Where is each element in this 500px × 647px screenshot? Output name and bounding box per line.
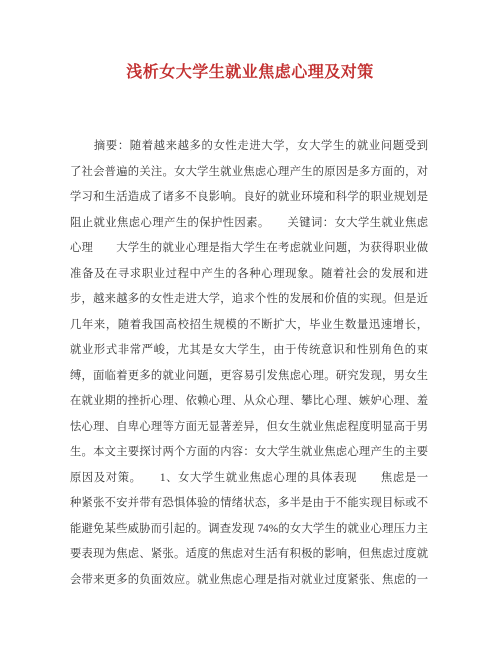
document-title: 浅析女大学生就业焦虑心理及对策 [0,61,500,85]
text-line: 准备及在寻求职业过程中产生的各种心理现象。随着社会的发展和进 [70,262,428,288]
text-line: 在就业期的挫折心理、依赖心理、从众心理、攀比心理、嫉妒心理、羞 [70,389,428,415]
text-line: 缚，面临着更多的就业问题，更容易引发焦虑心理。研究发现，男女生 [70,364,428,390]
text-line: 摘要：随着越来越多的女性走进大学，女大学生的就业问题受到 [70,134,428,160]
text-line: 步，越来越多的女性走进大学，追求个性的发展和价值的实现。但是近 [70,287,428,313]
text-line: 会带来更多的负面效应。就业焦虑心理是指对就业过度紧张、焦虑的一 [70,568,428,594]
text-line: 种紧张不安并带有恐惧体验的情绪状态，多半是由于不能实现目标或不 [70,491,428,517]
text-line: 阻止就业焦虑心理产生的保护性因素。 关键词：女大学生就业焦虑 [70,211,428,237]
text-line: 能避免某些威胁而引起的。调查发现 74%的女大学生的就业心理压力主 [70,517,428,543]
document-page: 浅析女大学生就业焦虑心理及对策 摘要：随着越来越多的女性走进大学，女大学生的就业… [0,0,500,647]
text-line: 生。本文主要探讨两个方面的内容：女大学生就业焦虑心理产生的主要 [70,440,428,466]
document-body: 摘要：随着越来越多的女性走进大学，女大学生的就业问题受到了社会普遍的关注。女大学… [70,134,428,593]
text-line: 心理 大学生的就业心理是指大学生在考虑就业问题，为获得职业做 [70,236,428,262]
text-line: 就业形式非常严峻，尤其是女大学生，由于传统意识和性别角色的束 [70,338,428,364]
text-line: 原因及对策。 1、女大学生就业焦虑心理的具体表现 焦虑是一 [70,466,428,492]
text-line: 几年来，随着我国高校招生规模的不断扩大，毕业生数量迅速增长， [70,313,428,339]
text-line: 了社会普遍的关注。女大学生就业焦虑心理产生的原因是多方面的，对 [70,160,428,186]
text-line: 要表现为焦虑、紧张。适度的焦虑对生活有积极的影响，但焦虑过度就 [70,542,428,568]
text-line: 怯心理、自卑心理等方面无显著差异，但女生就业焦虑程度明显高于男 [70,415,428,441]
text-line: 学习和生活造成了诸多不良影响。良好的就业环境和科学的职业规划是 [70,185,428,211]
